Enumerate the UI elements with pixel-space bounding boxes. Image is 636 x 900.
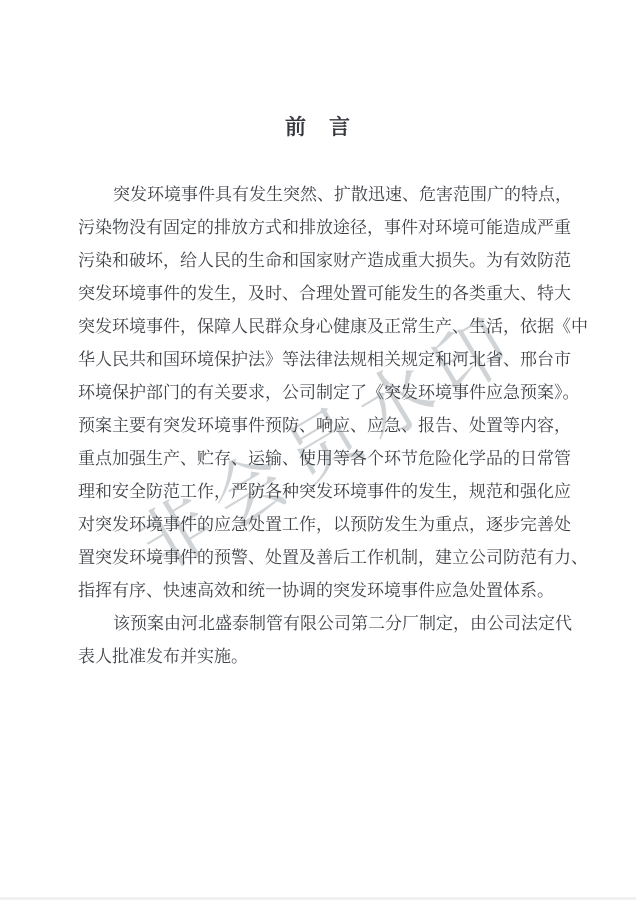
- text-line: 表人批准发布并实施。: [78, 640, 566, 673]
- paragraph: 突发环境事件具有发生突然、扩散迅速、危害范围广的特点， 污染物没有固定的排放方式…: [78, 178, 566, 607]
- text-line: 突发环境事件具有发生突然、扩散迅速、危害范围广的特点，: [78, 178, 566, 211]
- text-line: 突发环境事件，保障人民群众身心健康及正常生产、生活，依据《中: [78, 310, 566, 343]
- text-line: 该预案由河北盛泰制管有限公司第二分厂制定，由公司法定代: [78, 607, 566, 640]
- text-line: 污染和破坏，给人民的生命和国家财产造成重大损失。为有效防范: [78, 244, 566, 277]
- text-line: 指挥有序、快速高效和统一协调的突发环境事件应急处置体系。: [78, 574, 566, 607]
- text-line: 环境保护部门的有关要求，公司制定了《突发环境事件应急预案》。: [78, 376, 566, 409]
- text-line: 预案主要有突发环境事件预防、响应、应急、报告、处置等内容，: [78, 409, 566, 442]
- text-line: 理和安全防范工作，严防各种突发环境事件的发生，规范和强化应: [78, 475, 566, 508]
- text-line: 污染物没有固定的排放方式和排放途径，事件对环境可能造成严重: [78, 211, 566, 244]
- text-line: 重点加强生产、贮存、运输、使用等各个环节危险化学品的日常管: [78, 442, 566, 475]
- document-body: 突发环境事件具有发生突然、扩散迅速、危害范围广的特点， 污染物没有固定的排放方式…: [78, 178, 566, 673]
- text-line: 对突发环境事件的应急处置工作，以预防发生为重点，逐步完善处: [78, 508, 566, 541]
- document-page: 非会员水印 前 言 突发环境事件具有发生突然、扩散迅速、危害范围广的特点， 污染…: [0, 0, 636, 900]
- text-line: 华人民共和国环境保护法》等法律法规相关规定和河北省、邢台市: [78, 343, 566, 376]
- text-line: 置突发环境事件的预警、处置及善后工作机制，建立公司防范有力、: [78, 541, 566, 574]
- document-title: 前 言: [0, 111, 636, 141]
- text-line: 突发环境事件的发生，及时、合理处置可能发生的各类重大、特大: [78, 277, 566, 310]
- paragraph: 该预案由河北盛泰制管有限公司第二分厂制定，由公司法定代 表人批准发布并实施。: [78, 607, 566, 673]
